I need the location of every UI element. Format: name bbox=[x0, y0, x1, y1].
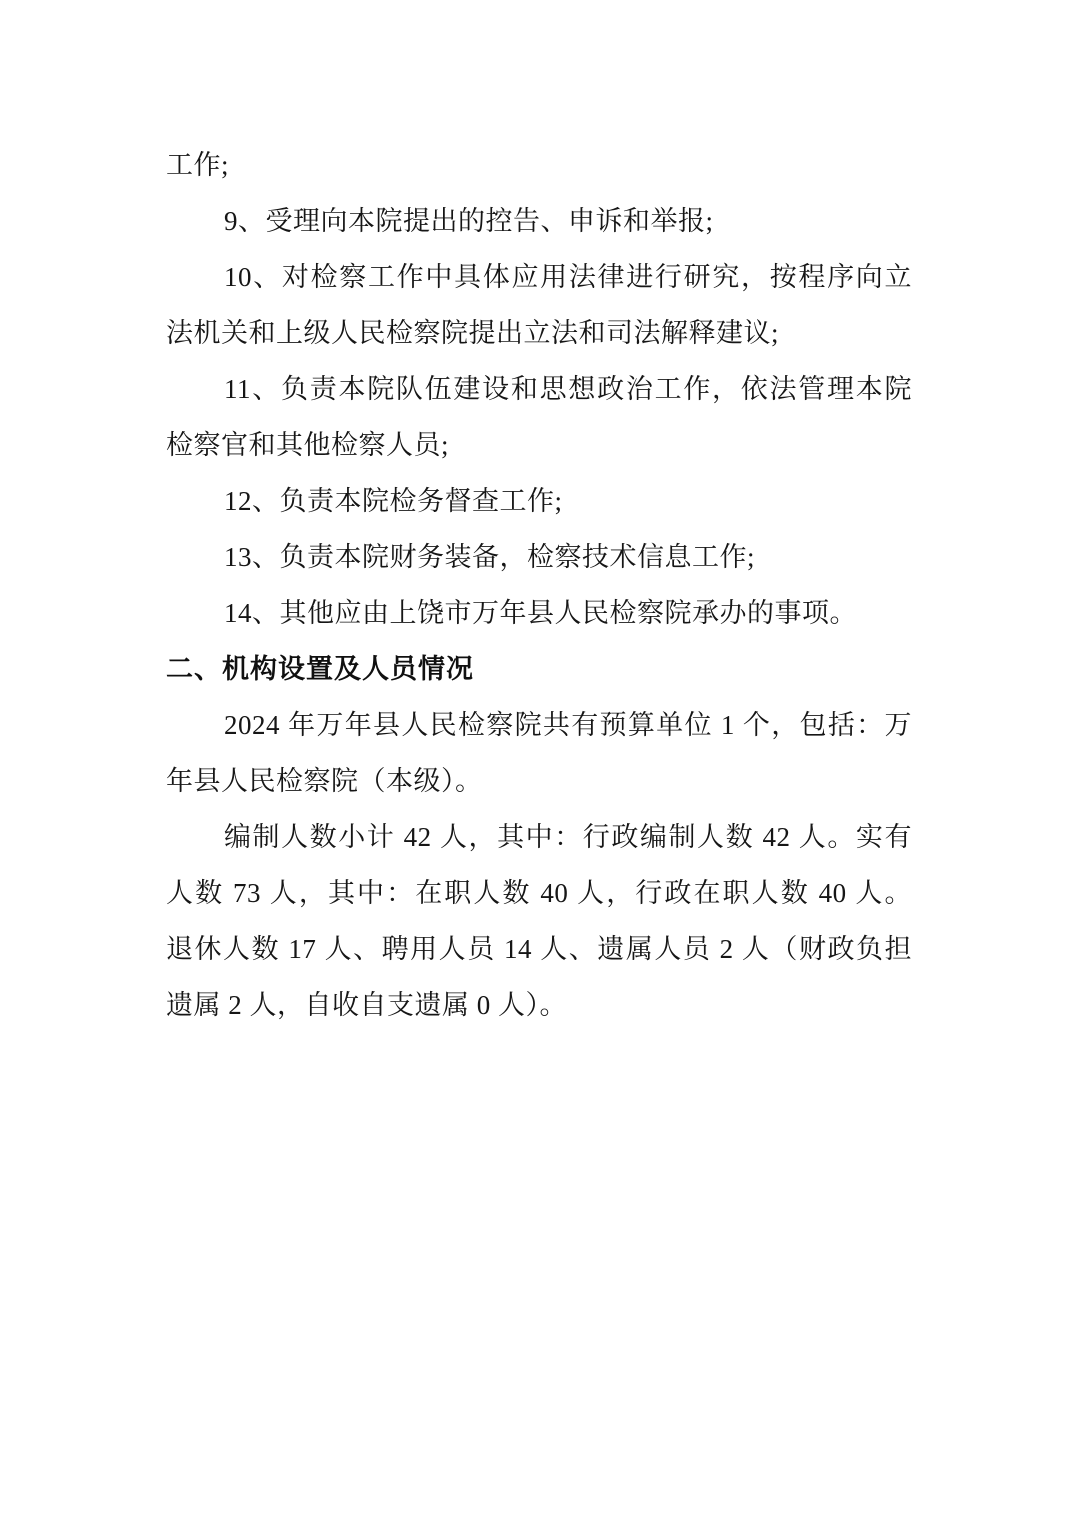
budget-units-line-1: 2024 年万年县人民检察院共有预算单位 1 个，包括：万 bbox=[166, 697, 912, 753]
document-page: 工作; 9、受理向本院提出的控告、申诉和举报; 10、对检察工作中具体应用法律进… bbox=[0, 0, 1074, 1520]
list-item-14: 14、其他应由上饶市万年县人民检察院承办的事项。 bbox=[166, 585, 912, 641]
staffing-line-4: 遗属 2 人，自收自支遗属 0 人）。 bbox=[166, 977, 912, 1033]
staffing-line-1: 编制人数小计 42 人，其中：行政编制人数 42 人。实有 bbox=[166, 809, 912, 865]
list-item-9: 9、受理向本院提出的控告、申诉和举报; bbox=[166, 193, 912, 249]
list-item-10-line-2: 法机关和上级人民检察院提出立法和司法解释建议; bbox=[166, 305, 912, 361]
list-item-12: 12、负责本院检务督查工作; bbox=[166, 473, 912, 529]
list-item-11-line-2: 检察官和其他检察人员; bbox=[166, 417, 912, 473]
staffing-line-3: 退休人数 17 人、聘用人员 14 人、遗属人员 2 人（财政负担 bbox=[166, 921, 912, 977]
budget-units-line-2: 年县人民检察院（本级）。 bbox=[166, 753, 912, 809]
list-item-13: 13、负责本院财务装备，检察技术信息工作; bbox=[166, 529, 912, 585]
document-text-block: 工作; 9、受理向本院提出的控告、申诉和举报; 10、对检察工作中具体应用法律进… bbox=[166, 137, 912, 1033]
continuation-line-work: 工作; bbox=[166, 137, 912, 193]
list-item-10-line-1: 10、对检察工作中具体应用法律进行研究，按程序向立 bbox=[166, 249, 912, 305]
list-item-11-line-1: 11、负责本院队伍建设和思想政治工作，依法管理本院 bbox=[166, 361, 912, 417]
section-heading-organization: 二、机构设置及人员情况 bbox=[166, 641, 912, 697]
staffing-line-2: 人数 73 人，其中：在职人数 40 人，行政在职人数 40 人。 bbox=[166, 865, 912, 921]
